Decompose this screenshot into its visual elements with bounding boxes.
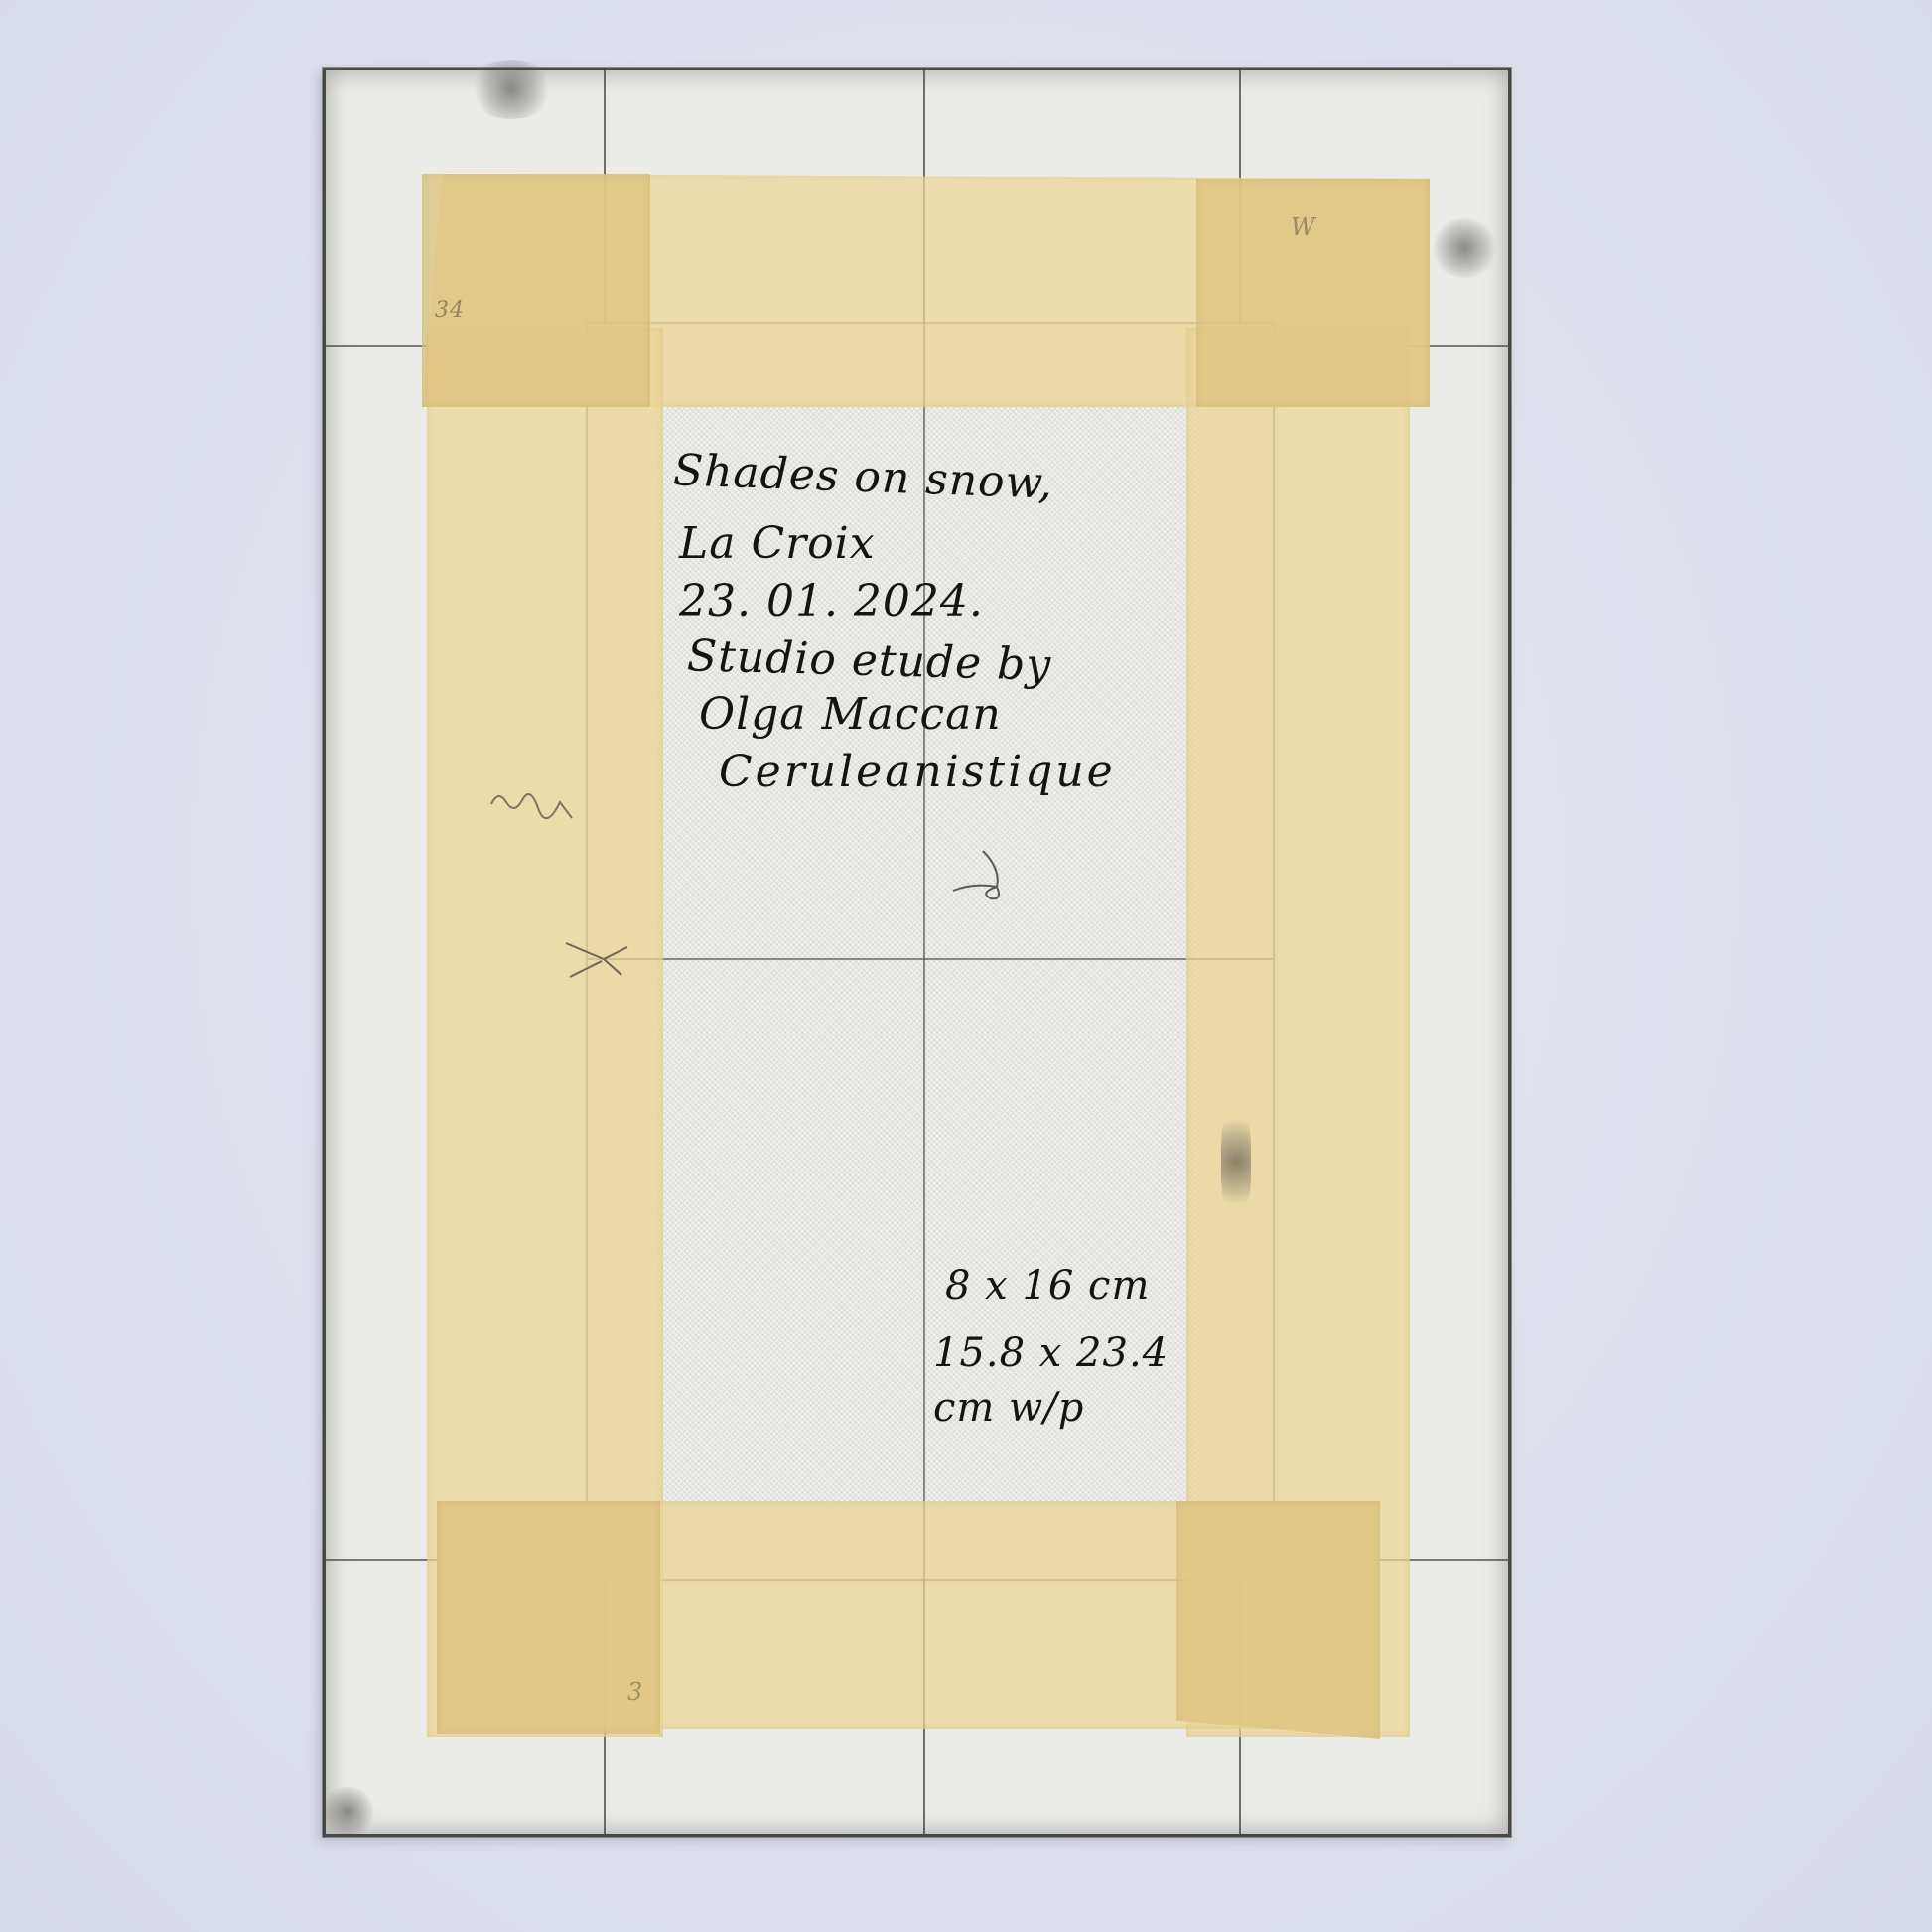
loop-mark-icon — [943, 849, 1023, 908]
tape-corner-top-left — [422, 174, 650, 407]
tape-corner-bottom-right — [1176, 1501, 1380, 1739]
label-line-artist: Olga Maccan — [699, 689, 1002, 740]
pencil-mark-3: 3 — [627, 1678, 643, 1706]
pencil-mark-w: W — [1291, 213, 1316, 241]
label-line-place: La Croix — [679, 518, 876, 569]
label-dimension-unit: cm w/p — [933, 1385, 1084, 1431]
label-dimension-board: 15.8 x 23.4 — [933, 1330, 1169, 1376]
cross-mark-icon — [556, 923, 635, 993]
pencil-mark-34: 34 — [435, 298, 465, 323]
pencil-line-window-vertical — [923, 324, 925, 1579]
smudge-top — [467, 60, 556, 119]
label-dimension-canvas: 8 x 16 cm — [945, 1263, 1150, 1309]
label-line-studio: Studio etude by — [686, 630, 1051, 691]
smudge-bottom-left — [318, 1787, 377, 1837]
smudge-right-tape — [1221, 1102, 1251, 1221]
label-line-date: 23. 01. 2024. — [679, 576, 984, 626]
label-line-series: Ceruleanistique — [719, 747, 1116, 797]
squiggle-mark-icon — [486, 784, 576, 824]
smudge-top-right — [1430, 218, 1499, 278]
pencil-line-window-horizontal — [588, 958, 1273, 960]
